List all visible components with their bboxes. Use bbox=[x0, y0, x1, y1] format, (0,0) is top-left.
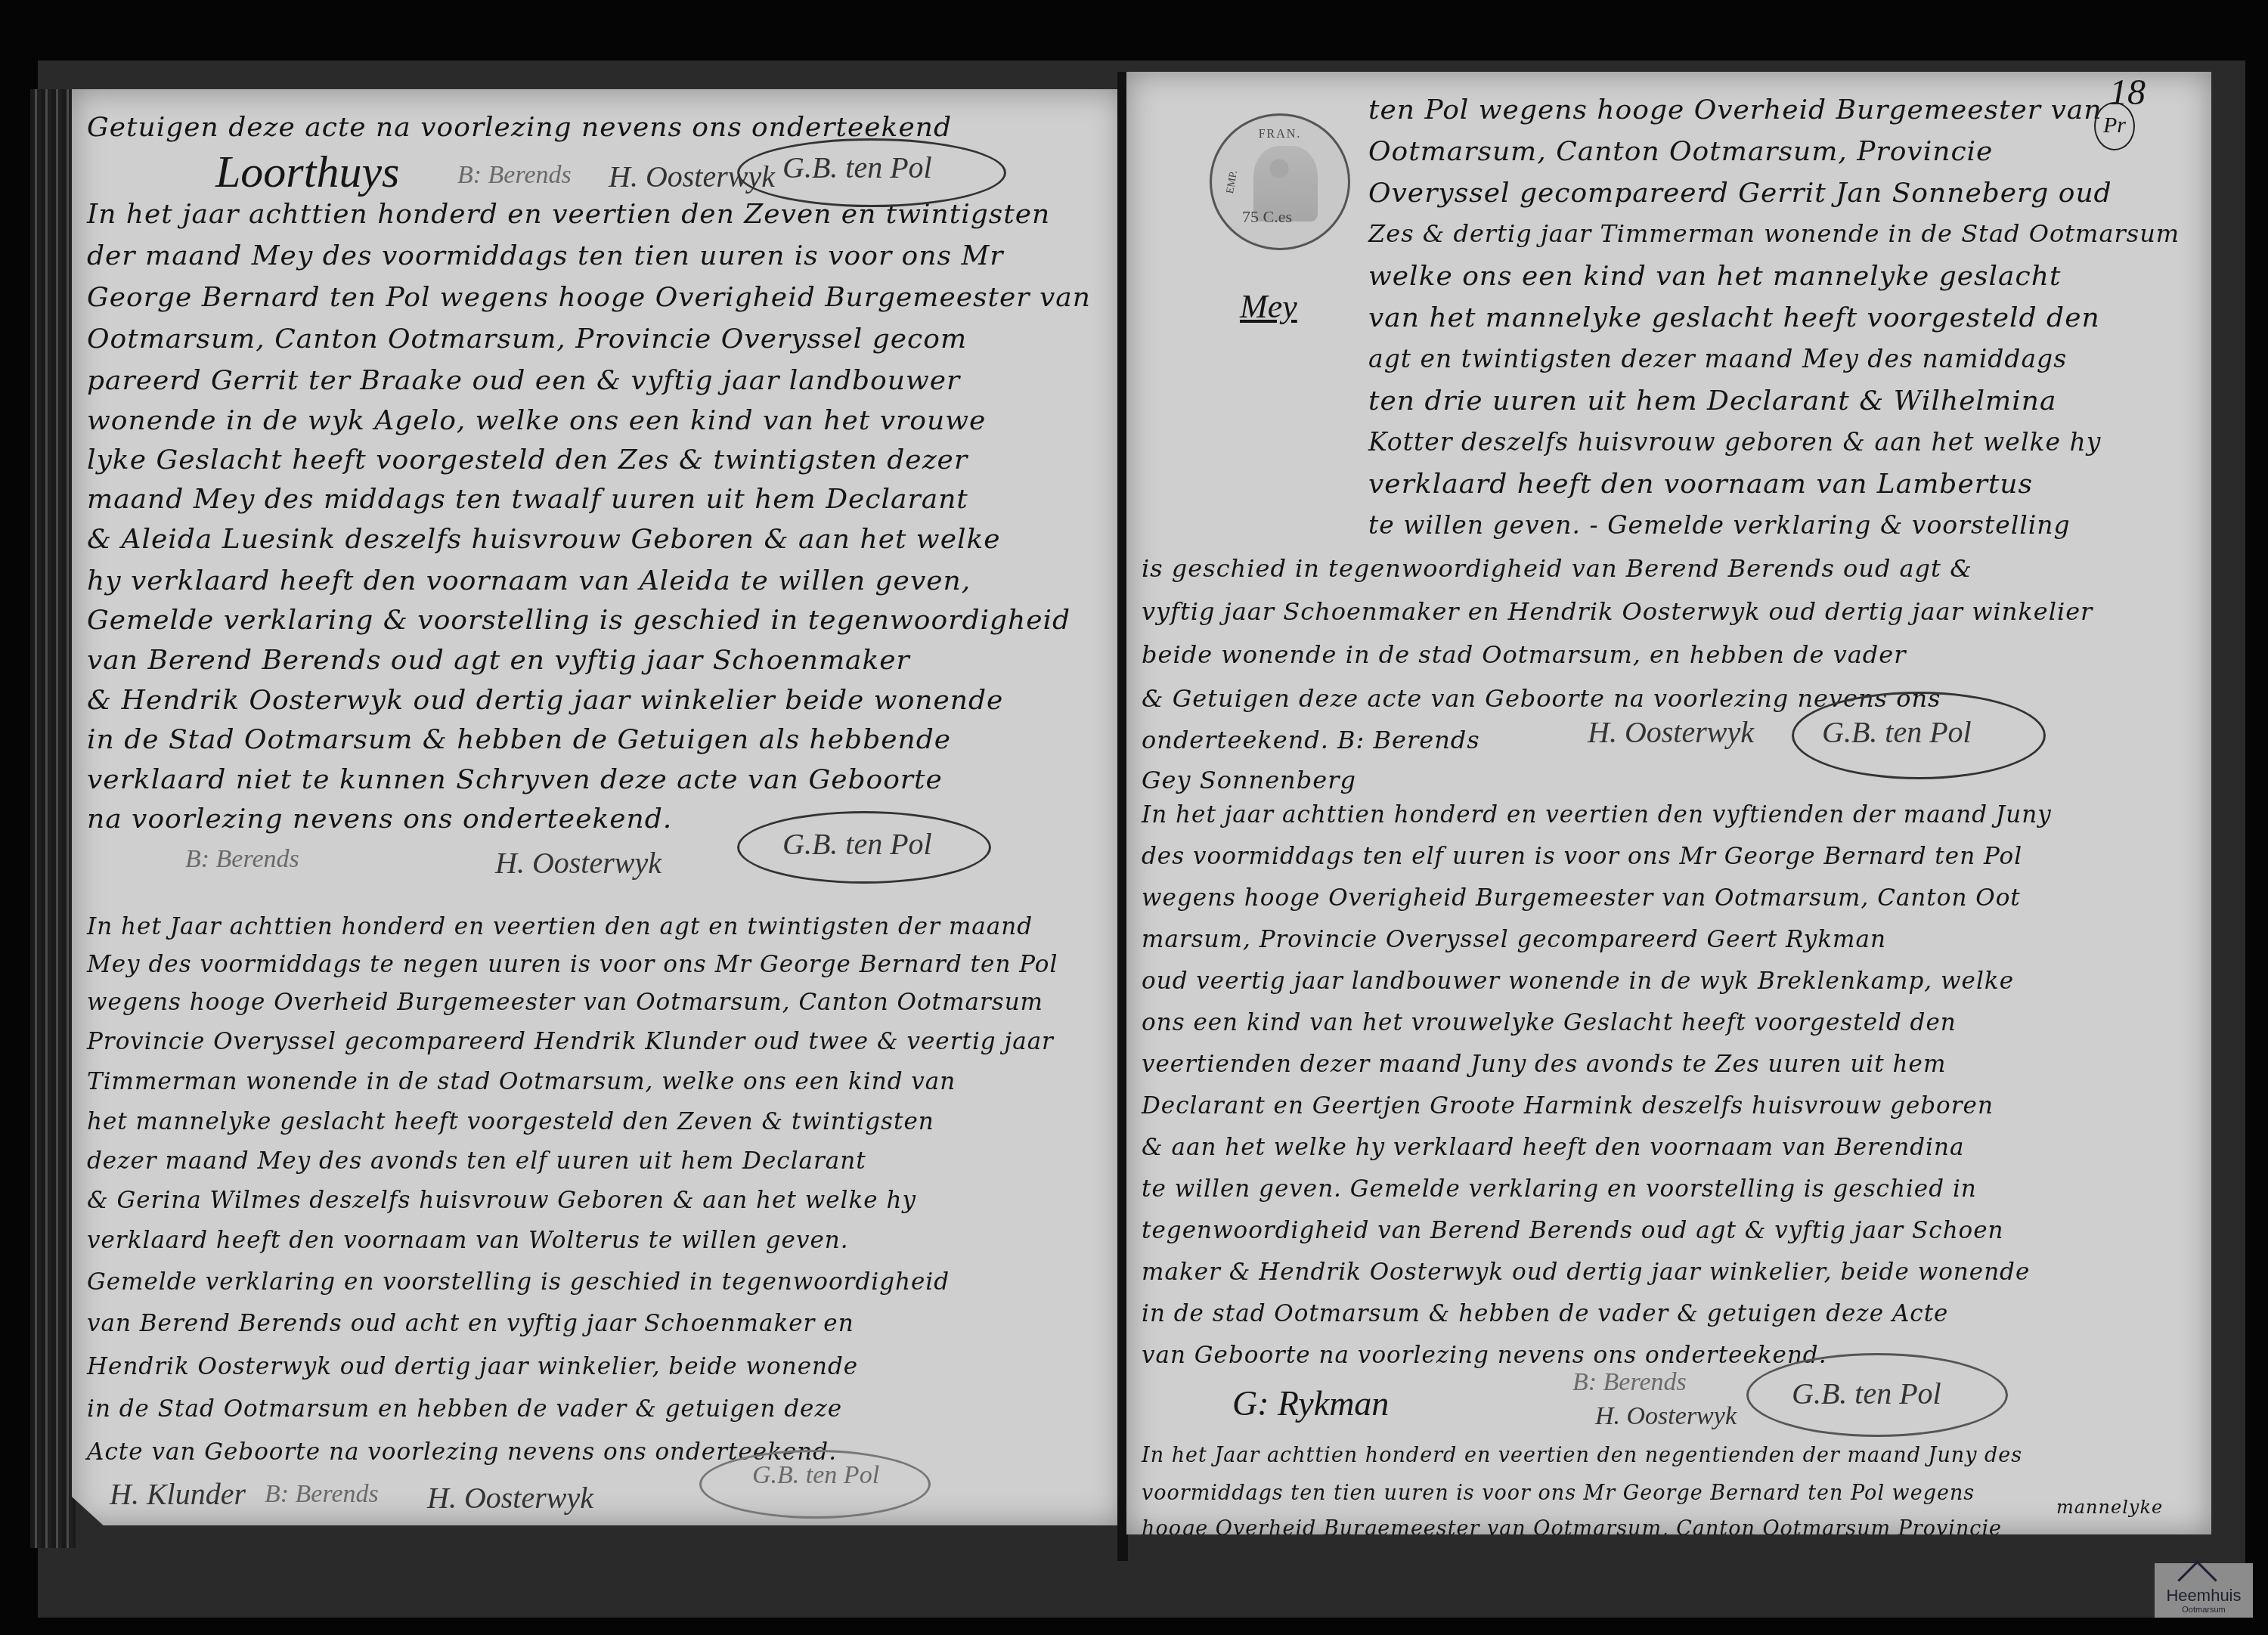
text-line: te willen geven. Gemelde verklaring en v… bbox=[1142, 1175, 1977, 1203]
text-line: Zes & dertig jaar Timmerman wonende in d… bbox=[1368, 219, 2180, 248]
text-line: na voorlezing nevens ons onderteekend. bbox=[87, 804, 672, 835]
text-line: ten drie uuren uit hem Declarant & Wilhe… bbox=[1368, 386, 2056, 416]
heemhuis-watermark: Heemhuis Ootmarsum bbox=[2155, 1563, 2253, 1618]
signature-oosterwyk: H. Oosterwyk bbox=[1595, 1402, 1737, 1431]
text-line: Declarant en Geertjen Groote Harmink des… bbox=[1142, 1092, 1994, 1119]
left-page: Getuigen deze acte na voorlezing nevens … bbox=[72, 89, 1123, 1525]
text-line: onderteekend. B: Berends bbox=[1142, 726, 1480, 754]
text-line: in de Stad Ootmarsum en hebben de vader … bbox=[87, 1395, 842, 1423]
signature-klunder: H. Klunder bbox=[110, 1476, 246, 1512]
text-line: van Berend Berends oud agt en vyftig jaa… bbox=[87, 645, 910, 676]
text-line: Getuigen deze acte na voorlezing nevens … bbox=[87, 112, 952, 143]
text-line: maand Mey des middags ten twaalf uuren u… bbox=[87, 484, 968, 515]
text-line: dezer maand Mey des avonds ten elf uuren… bbox=[87, 1147, 866, 1175]
text-line: ons een kind van het vrouwelyke Geslacht… bbox=[1142, 1009, 1957, 1036]
signature-oosterwyk: H. Oosterwyk bbox=[495, 845, 661, 881]
signature-ten-pol: G.B. ten Pol bbox=[1792, 1376, 1941, 1411]
text-line: verklaard niet te kunnen Schryven deze a… bbox=[87, 764, 943, 795]
stamp-side-text: EMP. bbox=[1225, 169, 1241, 194]
folio-mark: Pr bbox=[2094, 102, 2135, 150]
text-line: van Geboorte na voorlezing nevens ons on… bbox=[1142, 1342, 1827, 1369]
signature-berends: B: Berends bbox=[1572, 1368, 1687, 1397]
text-line: oud veertig jaar landbouwer wonende in d… bbox=[1142, 968, 2014, 995]
signature-ten-pol: G.B. ten Pol bbox=[1822, 714, 1972, 750]
book-gutter bbox=[1117, 72, 1128, 1561]
signature-berends: B: Berends bbox=[457, 161, 572, 190]
text-line: Mey des voormiddags te negen uuren is vo… bbox=[87, 951, 1058, 978]
text-line: Gey Sonnenberg bbox=[1142, 766, 1356, 794]
text-line: der maand Mey des voormiddags ten tien u… bbox=[87, 240, 1003, 271]
text-line: welke ons een kind van het mannelyke ges… bbox=[1368, 261, 2061, 292]
text-line: mannelyke bbox=[2056, 1497, 2163, 1518]
signature-rykman: G: Rykman bbox=[1232, 1383, 1389, 1423]
stamp-value: 75 C.es bbox=[1242, 207, 1292, 227]
text-line: ten Pol wegens hooge Overheid Burgemeest… bbox=[1368, 94, 2102, 125]
page-edges-stack bbox=[30, 89, 76, 1548]
stamp-top-text: FRAN. bbox=[1212, 128, 1348, 141]
signature-loorthuys: Loorthuys bbox=[215, 146, 399, 198]
text-line: Provincie Overyssel gecompareerd Hendrik… bbox=[87, 1028, 1054, 1055]
text-line: Acte van Geboorte na voorlezing nevens o… bbox=[87, 1438, 837, 1466]
text-line: In het jaar achttien honderd en veertien… bbox=[1142, 801, 2052, 828]
text-line: het mannelyke geslacht heeft voorgesteld… bbox=[87, 1108, 934, 1135]
text-line: marsum, Provincie Overyssel gecompareerd… bbox=[1142, 926, 1886, 953]
text-line: voormiddags ten tien uuren is voor ons M… bbox=[1142, 1482, 1975, 1505]
text-line: Ootmarsum, Canton Ootmarsum, Provincie bbox=[1368, 136, 1993, 167]
text-line: & Hendrik Oosterwyk oud dertig jaar wink… bbox=[87, 685, 1003, 716]
text-line: agt en twintigsten dezer maand Mey des n… bbox=[1368, 344, 2067, 373]
text-line: verklaard heeft den voornaam van Wolteru… bbox=[87, 1227, 849, 1254]
text-line: verklaard heeft den voornaam van Lambert… bbox=[1368, 469, 2033, 500]
text-line: wegens hooge Overheid Burgemeester van O… bbox=[87, 989, 1043, 1016]
text-line: Kotter deszelfs huisvrouw geboren & aan … bbox=[1368, 427, 2101, 457]
text-line: des voormiddags ten elf uuren is voor on… bbox=[1142, 843, 2022, 870]
text-line: lyke Geslacht heeft voorgesteld den Zes … bbox=[87, 444, 968, 475]
watermark-name: Heemhuis bbox=[2155, 1586, 2253, 1606]
text-line: Overyssel gecompareerd Gerrit Jan Sonneb… bbox=[1368, 178, 2112, 209]
text-line: & Aleida Luesink deszelfs huisvrouw Gebo… bbox=[87, 524, 1001, 555]
text-line: In het Jaar achttien honderd en veertien… bbox=[87, 913, 1033, 940]
signature-ten-pol: G.B. ten Pol bbox=[782, 150, 932, 185]
text-line: beide wonende in de stad Ootmarsum, en h… bbox=[1142, 640, 1907, 669]
text-line: tegenwoordigheid van Berend Berends oud … bbox=[1142, 1217, 2004, 1244]
text-line: wonende in de wyk Agelo, welke ons een k… bbox=[87, 405, 986, 436]
text-line: George Bernard ten Pol wegens hooge Over… bbox=[87, 282, 1091, 313]
signature-ten-pol: G.B. ten Pol bbox=[782, 826, 932, 862]
signature-oosterwyk: H. Oosterwyk bbox=[427, 1480, 593, 1516]
text-line: veertienden dezer maand Juny des avonds … bbox=[1142, 1051, 1946, 1078]
signature-berends: B: Berends bbox=[185, 845, 299, 874]
text-line: vyftig jaar Schoenmaker en Hendrik Ooste… bbox=[1142, 597, 2093, 626]
text-line: Gemelde verklaring & voorstelling is ges… bbox=[87, 605, 1070, 636]
text-line: wegens hooge Overigheid Burgemeester van… bbox=[1142, 884, 2021, 912]
signature-berends: B: Berends bbox=[265, 1480, 379, 1509]
text-line: In het Jaar achttien honderd en veertien… bbox=[1142, 1444, 2022, 1467]
text-line: hy verklaard heeft den voornaam van Alei… bbox=[87, 565, 971, 596]
text-line: van Berend Berends oud acht en vyftig ja… bbox=[87, 1310, 854, 1337]
text-line: van het mannelyke geslacht heeft voorges… bbox=[1368, 302, 2100, 333]
text-line: in de Stad Ootmarsum & hebben de Getuige… bbox=[87, 724, 951, 755]
text-line: Ootmarsum, Canton Ootmarsum, Provincie O… bbox=[87, 324, 967, 355]
text-line: & Gerina Wilmes deszelfs huisvrouw Gebor… bbox=[87, 1187, 916, 1214]
text-line: maker & Hendrik Oosterwyk oud dertig jaa… bbox=[1142, 1259, 2030, 1286]
signature-oosterwyk: H. Oosterwyk bbox=[1588, 714, 1754, 750]
left-page-text: Getuigen deze acte na voorlezing nevens … bbox=[72, 89, 1123, 1525]
text-line: Timmerman wonende in de stad Ootmarsum, … bbox=[87, 1068, 956, 1095]
text-line: te willen geven. - Gemelde verklaring & … bbox=[1368, 510, 2071, 540]
text-line: in de stad Ootmarsum & hebben de vader &… bbox=[1142, 1300, 1948, 1327]
margin-note: Mey bbox=[1240, 287, 1297, 326]
text-line: Gemelde verklaring en voorstelling is ge… bbox=[87, 1268, 950, 1296]
text-line: pareerd Gerrit ter Braake oud een & vyft… bbox=[87, 365, 960, 396]
revenue-stamp: FRAN. EMP. 75 C.es bbox=[1210, 113, 1350, 250]
text-line: is geschied in tegenwoordigheid van Bere… bbox=[1142, 554, 1972, 583]
signature-ten-pol: G.B. ten Pol bbox=[752, 1461, 879, 1490]
text-line: & aan het welke hy verklaard heeft den v… bbox=[1142, 1134, 1964, 1161]
text-line: Hendrik Oosterwyk oud dertig jaar winkel… bbox=[87, 1353, 858, 1380]
watermark-subtitle: Ootmarsum bbox=[2155, 1606, 2253, 1615]
